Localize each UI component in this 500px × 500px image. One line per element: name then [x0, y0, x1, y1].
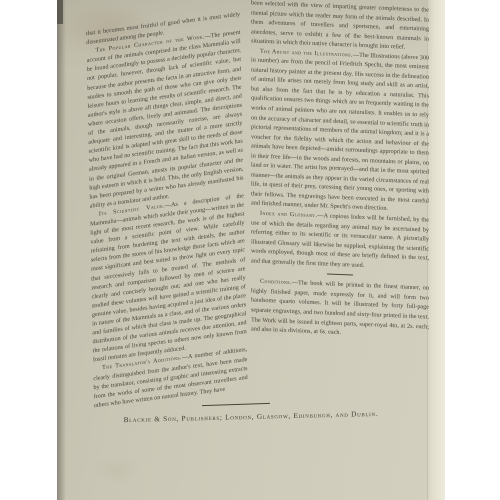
page-spine-notch — [57, 0, 63, 24]
paragraph-text: —The Illustrations (above 300 in number)… — [251, 51, 429, 212]
page-right-edge — [427, 0, 445, 500]
page-left-edge-shadow — [57, 0, 66, 500]
paragraph-text: —As a description of the Mammalia—animal… — [90, 193, 247, 364]
book-page-photo: that it becomes most fruitful of good wh… — [0, 0, 500, 500]
paragraph-text: —A copious Index will be furnished, by t… — [251, 212, 429, 269]
paragraph-continuation: been selected with the view of imparting… — [251, 0, 429, 53]
paragraph-text: —The present account of the animals comp… — [87, 30, 244, 210]
paragraph-index-glossary: Index and Glossary.—A copious Index will… — [251, 208, 429, 272]
section-heading: Index and Glossary. — [260, 210, 317, 219]
footer-divider-rule — [202, 403, 270, 406]
paragraph-artist-illustrations: The Artist and the Illustrations.—The Il… — [251, 46, 429, 215]
section-heading: Conditions. — [260, 278, 292, 286]
right-text-column: been selected with the view of imparting… — [251, 0, 429, 341]
book-page: that it becomes most fruitful of good wh… — [57, 0, 445, 500]
publisher-imprint-line: Blackie & Son, Publishers; London, Glasg… — [85, 408, 417, 425]
section-divider-rule — [327, 274, 353, 276]
paragraph-scientific-value: Its Scientific Value.—As a description o… — [90, 192, 247, 366]
paragraph-text: —The book will be printed in the finest … — [251, 279, 429, 336]
paragraph-conditions: Conditions.—The book will be printed in … — [251, 277, 429, 341]
paragraph-popular-character: The Popular Character of the Work.—The p… — [86, 29, 243, 212]
left-text-column: that it becomes most fruitful of good wh… — [86, 11, 248, 411]
